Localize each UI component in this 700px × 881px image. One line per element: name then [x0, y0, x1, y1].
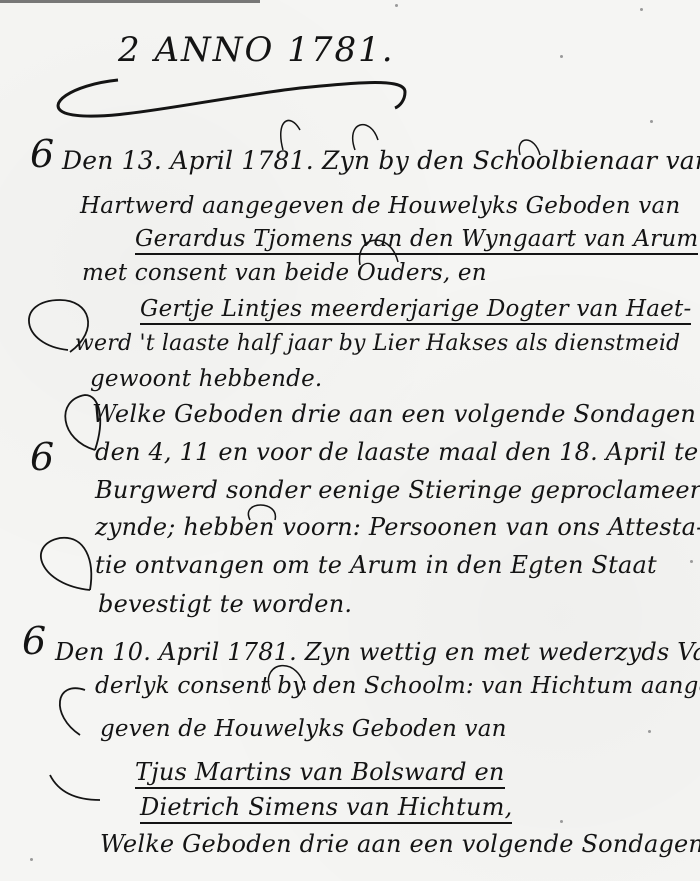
paper-speck	[648, 730, 651, 733]
entry-line: Burgwerd sonder eenige Stieringe geprocl…	[95, 478, 700, 502]
register-year-heading: 2 ANNO 1781.	[118, 30, 395, 70]
title-prefix-mark: 2	[118, 30, 142, 70]
paper-speck	[560, 820, 563, 823]
entry-line: werd 't laaste half jaar by Lier Hakses …	[75, 333, 680, 355]
entry-line: den 4, 11 en voor de laaste maal den 18.…	[95, 440, 698, 464]
manuscript-page: 2 ANNO 1781. 6 Den 13. April 1781. Zyn b…	[0, 0, 700, 881]
entry-line: Hartwerd aangegeven de Houwelyks Geboden…	[80, 195, 680, 218]
groom-name-line: Gerardus Tjomens van den Wyngaart van Ar…	[135, 226, 698, 255]
entry-line: derlyk consent by den Schoolm: van Hicht…	[95, 675, 700, 698]
entry-margin-mark: 6	[30, 135, 54, 173]
paper-speck	[690, 560, 693, 563]
entry-line: Welke Geboden drie aan een volgende Sond…	[100, 832, 700, 856]
paper-speck	[30, 858, 33, 861]
groom-name-line: Tjus Martins van Bolsward en	[135, 758, 505, 789]
entry-line: geven de Houwelyks Geboden van	[100, 718, 507, 741]
paper-speck	[560, 55, 563, 58]
entry-line: Welke Geboden drie aan een volgende Sond…	[92, 402, 700, 426]
entry-line-groom: Gerardus Tjomens van den Wyngaart van Ar…	[135, 228, 698, 251]
paper-speck	[650, 120, 653, 123]
paper-speck	[395, 4, 398, 7]
entry-line: zynde; hebben voorn: Persoonen van ons A…	[95, 515, 700, 539]
paper-speck	[640, 8, 643, 11]
entry-margin-mark: 6	[22, 622, 46, 660]
entry-line: Den 10. April 1781. Zyn wettig en met we…	[55, 640, 700, 664]
bride-name-line: Gertje Lintjes meerderjarige Dogter van …	[140, 296, 691, 325]
entry-line: met consent van beide Ouders, en	[82, 262, 487, 285]
title-text: ANNO 1781.	[154, 30, 394, 70]
paper-speck	[660, 205, 663, 208]
entry-line: bevestigt te worden.	[98, 592, 352, 616]
entry-line-bride: Dietrich Simens van Hichtum,	[140, 795, 512, 819]
entry-line-bride: Gertje Lintjes meerderjarige Dogter van …	[140, 298, 691, 321]
page-top-edge	[0, 0, 260, 3]
entry-line: gewoont hebbende.	[90, 368, 322, 391]
entry-margin-mark: 6	[30, 438, 54, 476]
entry-line: tie ontvangen om te Arum in den Egten St…	[95, 553, 657, 577]
entry-line: Den 13. April 1781. Zyn by den Schoolbie…	[62, 148, 700, 173]
bride-name-line: Dietrich Simens van Hichtum,	[140, 793, 512, 824]
entry-line-groom: Tjus Martins van Bolsward en	[135, 760, 505, 784]
